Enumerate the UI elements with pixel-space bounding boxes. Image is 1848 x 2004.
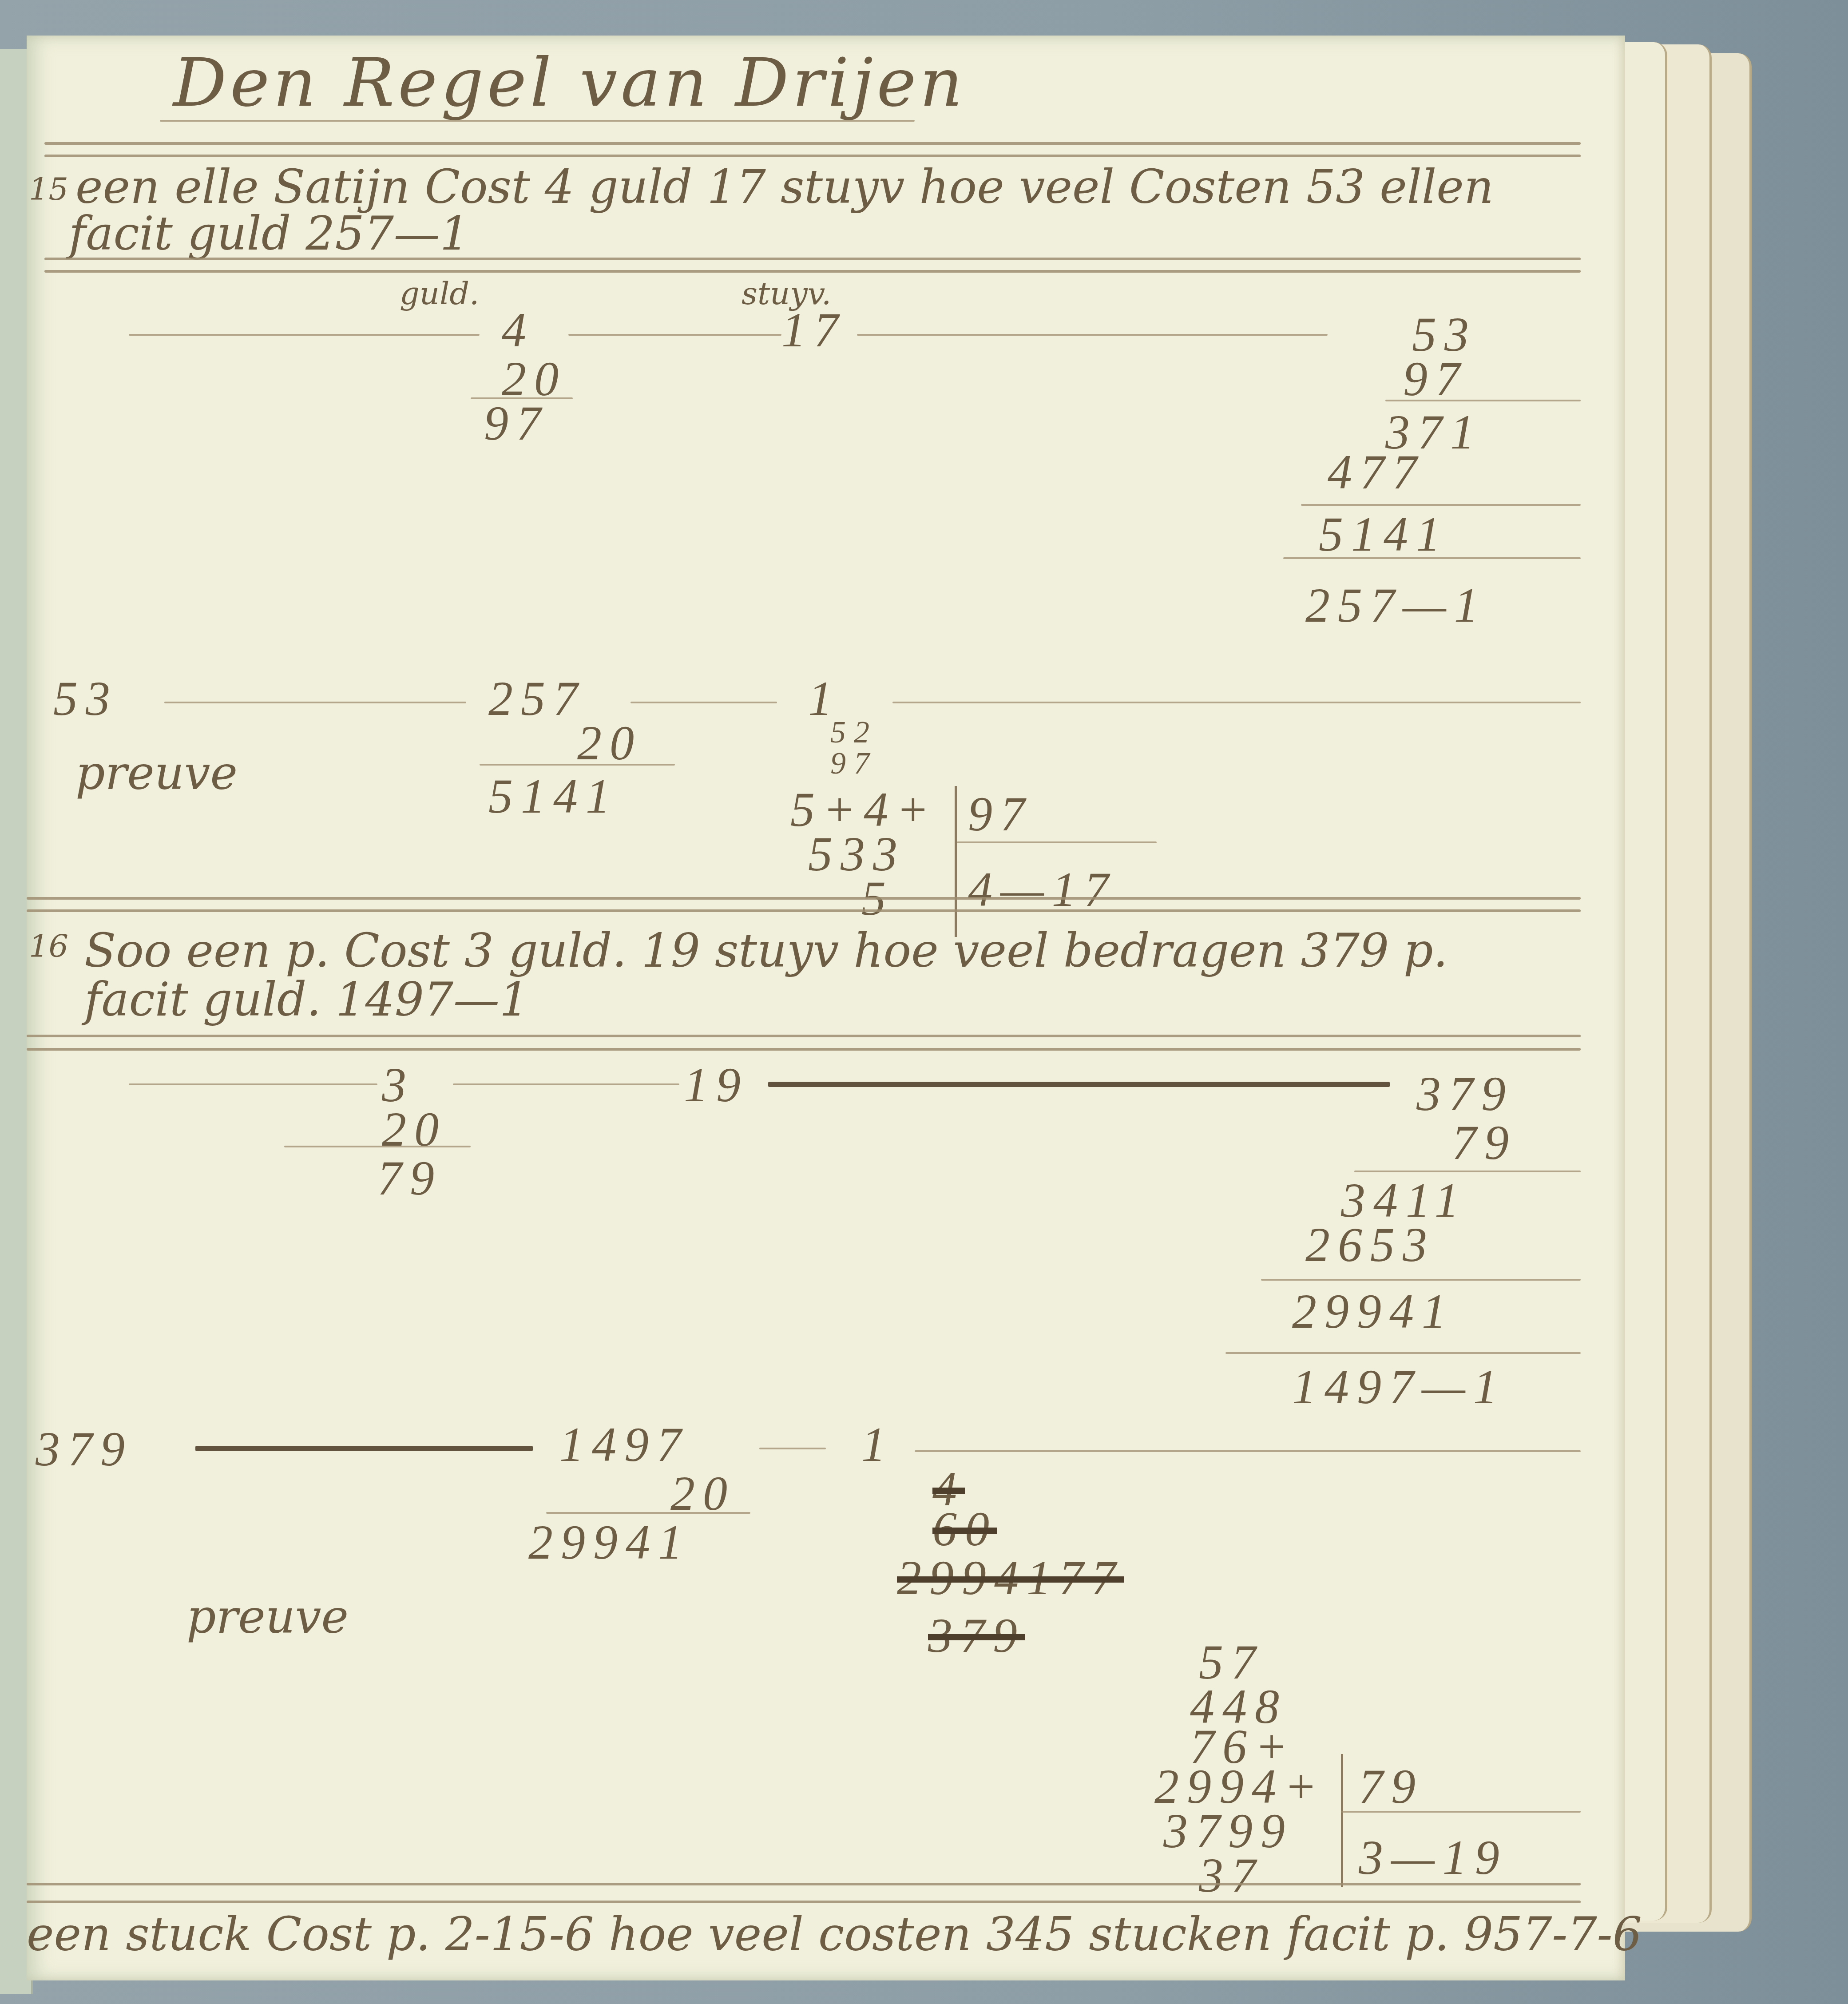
division-work: 52	[830, 715, 877, 750]
section-rule	[27, 1901, 1581, 1903]
conversion-result: 79	[377, 1150, 442, 1206]
mult-factor2: 97	[1403, 351, 1468, 407]
proof-left: 53	[53, 671, 118, 727]
calc-rule	[1301, 504, 1581, 506]
proof-label: preuve	[75, 746, 238, 800]
division-bar	[1341, 1754, 1343, 1887]
proof-product: 29941	[528, 1514, 690, 1571]
section-rule	[27, 909, 1581, 912]
proportion-line	[453, 1083, 679, 1085]
proof-middle: 257	[488, 671, 586, 727]
page-title: Den Regel van Drijen	[173, 44, 966, 122]
mult-factor2: 79	[1452, 1115, 1517, 1171]
section-rule	[44, 270, 1581, 273]
proof-multiplier: 20	[577, 715, 642, 771]
title-underline	[160, 120, 915, 122]
mult-product: 5141	[1319, 506, 1448, 563]
problem-number: 15	[29, 171, 68, 207]
calc-rule	[480, 764, 675, 766]
struck-work: 2994177	[897, 1550, 1124, 1606]
calc-rule	[957, 841, 1157, 843]
problem-answer-line: facit guld. 1497—1	[84, 972, 529, 1027]
problem-number: 16	[29, 928, 68, 964]
proportion-line	[129, 1083, 377, 1085]
division-work: 37	[1199, 1847, 1264, 1904]
footer-statement: een stuck Cost p. 2-15-6 hoe veel costen…	[27, 1907, 1642, 1961]
calc-rule	[1385, 400, 1581, 401]
proportion-line	[892, 702, 1581, 703]
calc-rule	[546, 1512, 750, 1514]
proportion-line	[195, 1446, 533, 1451]
problem-statement: een elle Satijn Cost 4 guld 17 stuyv hoe…	[75, 160, 1494, 214]
given-guilders: 4	[502, 302, 534, 358]
mult-partial2: 2653	[1305, 1217, 1435, 1273]
mult-factor1: 379	[1416, 1066, 1514, 1122]
calc-rule	[1261, 1279, 1581, 1281]
struck-work: 60	[932, 1501, 997, 1557]
section-rule	[27, 1048, 1581, 1051]
mult-product: 29941	[1292, 1283, 1454, 1340]
proof-divisor: 79	[1359, 1758, 1424, 1815]
proof-right: 1	[861, 1417, 894, 1473]
calc-rule	[284, 1146, 471, 1147]
proof-middle: 1497	[559, 1417, 689, 1473]
calc-rule	[1283, 557, 1581, 559]
section-rule	[27, 1035, 1581, 1037]
problem-answer-line: facit guld 257—1	[69, 206, 469, 261]
section-rule	[44, 155, 1581, 157]
mult-partial2: 477	[1328, 444, 1425, 500]
proof-left: 379	[36, 1421, 133, 1477]
proportion-line	[129, 334, 480, 336]
proportion-line	[631, 702, 777, 703]
section-rule	[27, 897, 1581, 900]
conversion-result: 97	[484, 395, 549, 452]
division-bar	[955, 786, 957, 937]
struck-work: 379	[928, 1607, 1025, 1664]
given-stuivers: 17	[781, 302, 846, 358]
calc-rule	[1341, 1811, 1581, 1813]
mult-answer: 257—1	[1305, 577, 1487, 634]
section-rule	[27, 1883, 1581, 1885]
given-stuivers: 19	[684, 1057, 749, 1113]
proportion-line	[759, 1448, 826, 1449]
proportion-line	[857, 334, 1328, 336]
conversion-multiplier: 20	[382, 1101, 447, 1158]
calc-rule	[1225, 1352, 1581, 1354]
proof-label: preuve	[186, 1590, 349, 1644]
proof-divisor: 97	[968, 786, 1033, 842]
proof-product: 5141	[488, 768, 618, 825]
proportion-line	[568, 334, 781, 336]
proportion-line	[768, 1082, 1390, 1087]
section-rule	[44, 142, 1581, 145]
problem-statement: Soo een p. Cost 3 guld. 19 stuyv hoe vee…	[84, 924, 1448, 978]
manuscript-page: Den Regel van Drijen 15 een elle Satijn …	[27, 36, 1625, 1980]
proof-quotient: 3—19	[1359, 1829, 1507, 1886]
proportion-line	[915, 1450, 1581, 1452]
proportion-line	[164, 702, 466, 703]
mult-answer: 1497—1	[1292, 1359, 1506, 1415]
division-work: 97	[830, 746, 877, 782]
section-rule	[44, 258, 1581, 260]
unit-label-guilders: guld.	[400, 275, 479, 312]
